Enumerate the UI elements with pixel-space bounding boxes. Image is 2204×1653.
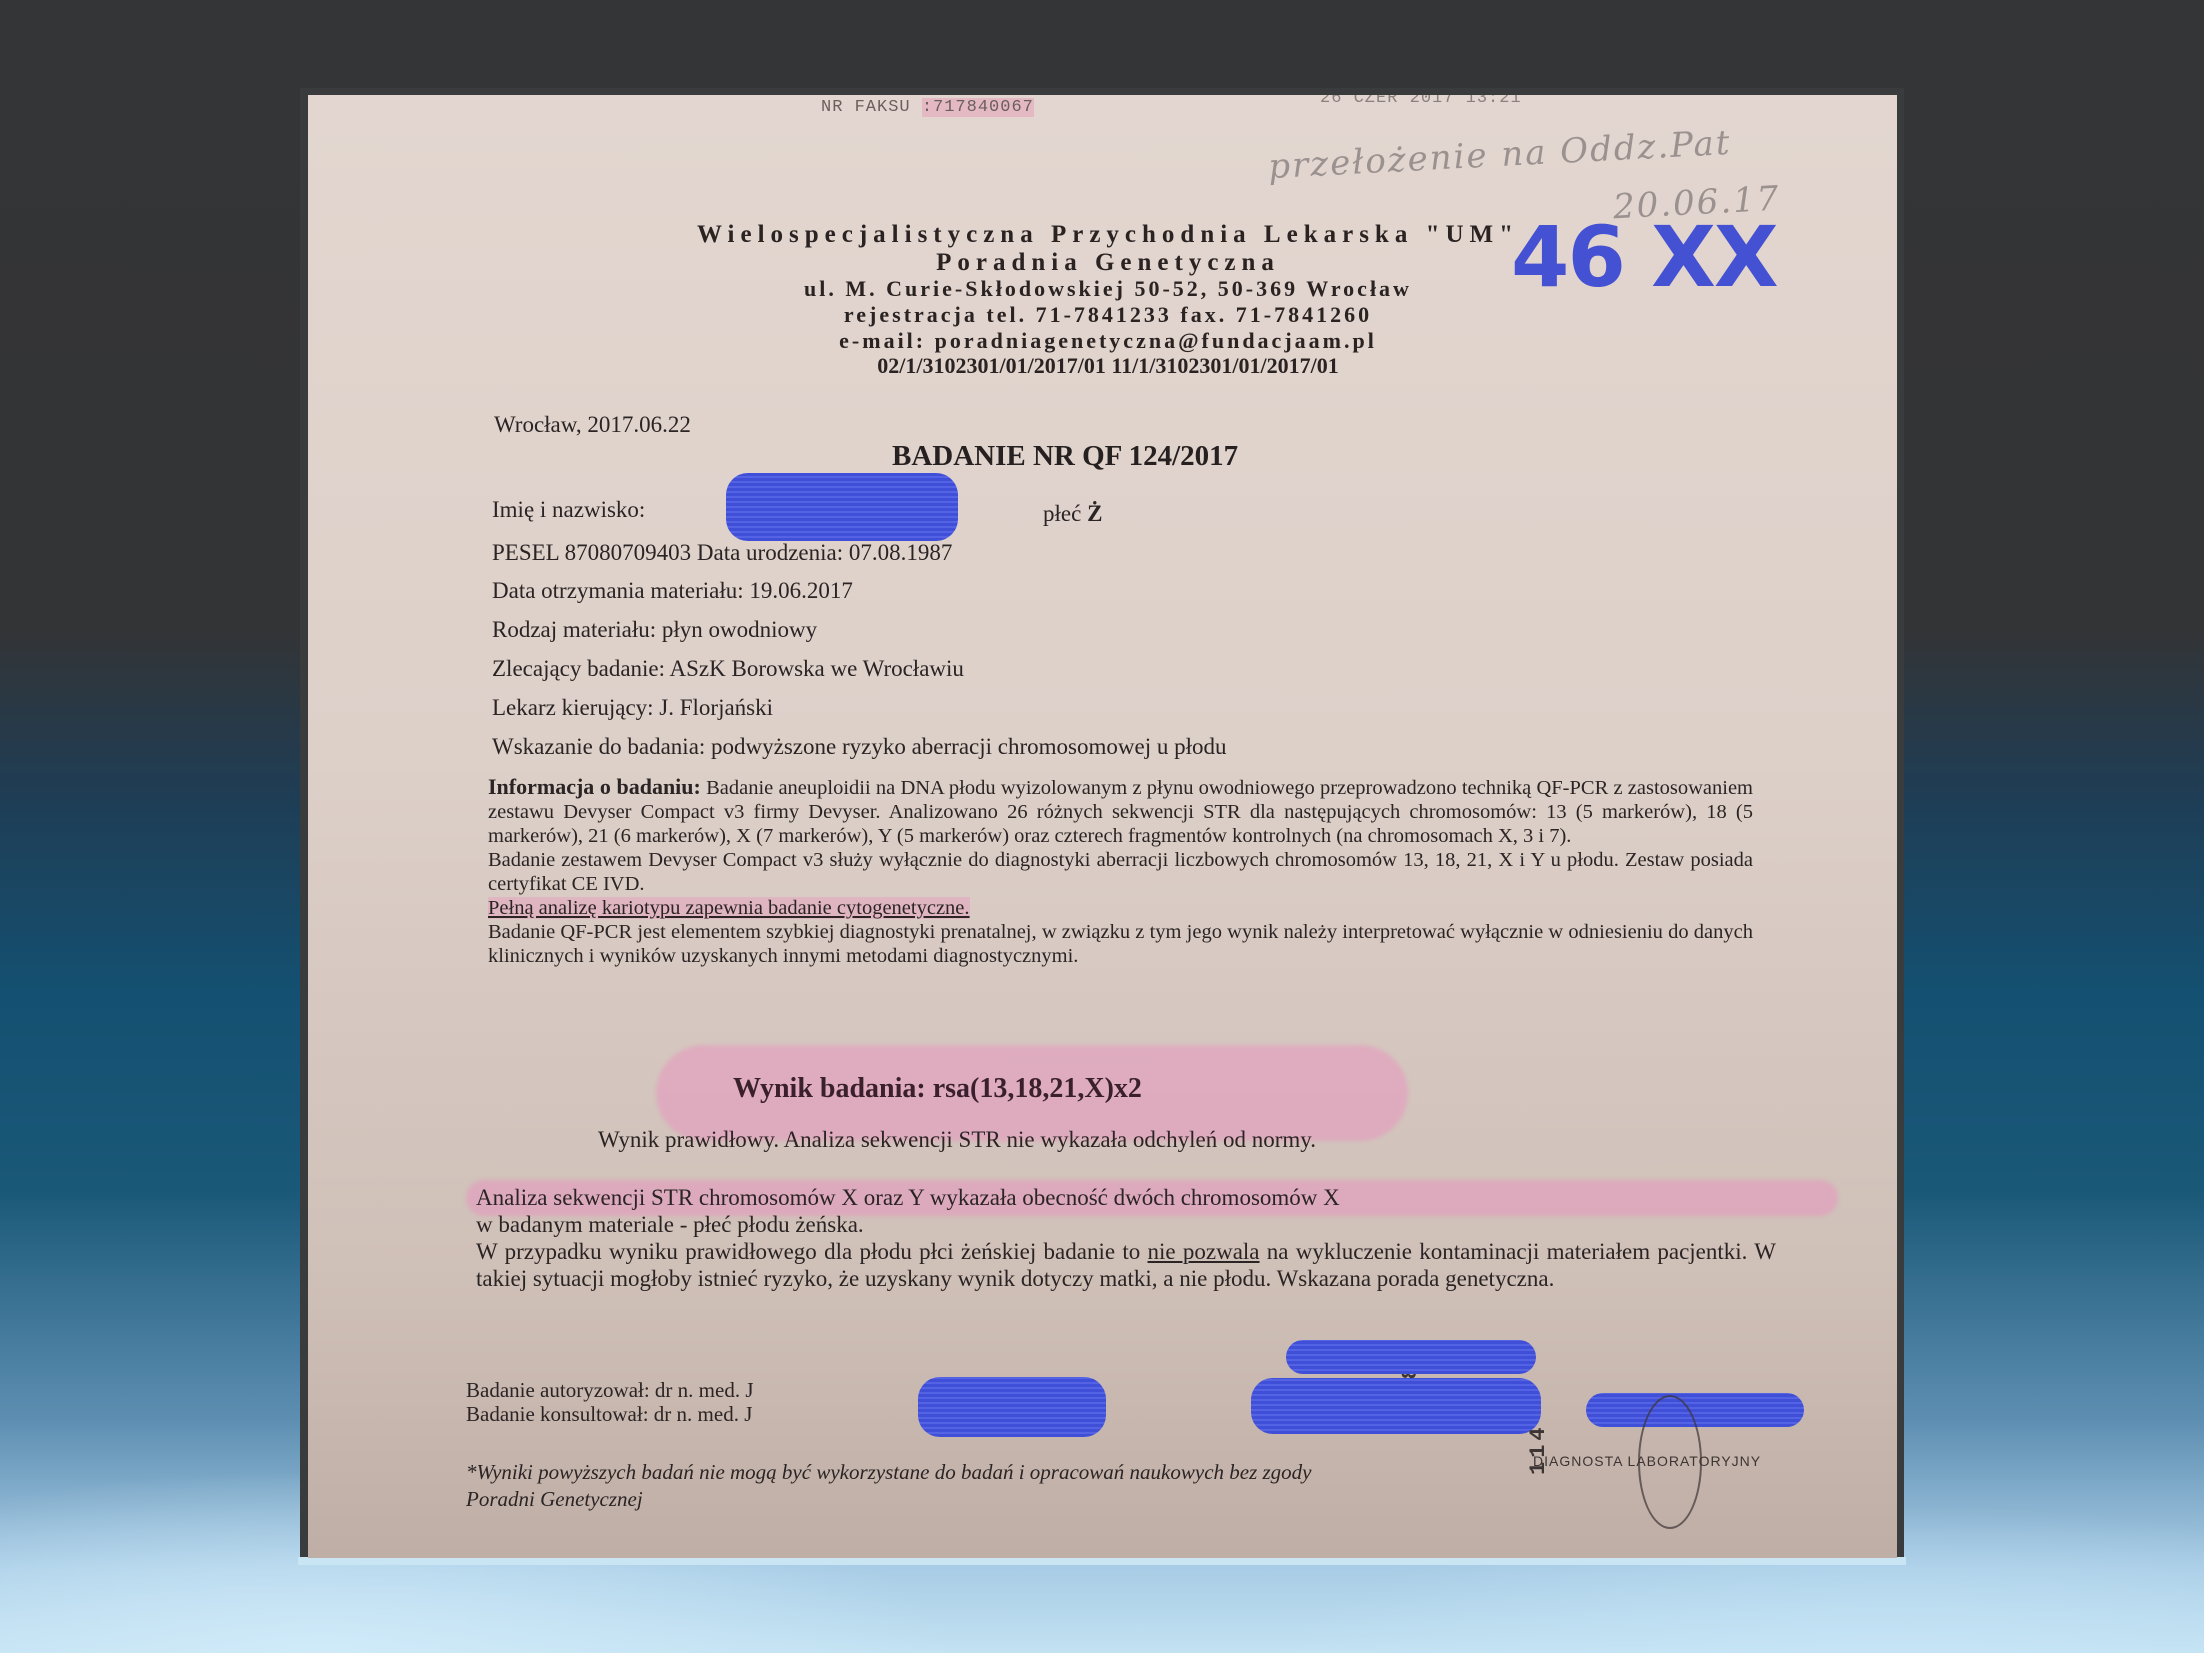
fax-number: :717840067 (922, 98, 1034, 117)
note-underlined: nie pozwala (1148, 1239, 1260, 1264)
clinic-email: e-mail: poradniagenetyczna@fundacjaam.pl (448, 328, 1768, 354)
sex-field: płeć Ż (1043, 501, 1102, 527)
name-label: Imię i nazwisko: (492, 497, 645, 523)
place-date: Wrocław, 2017.06.22 (494, 412, 691, 438)
disclaimer-line2: Poradni Genetycznej (466, 1487, 643, 1512)
scanned-document: NR FAKSU :717840067 26 CZER 2017 13:21 p… (308, 95, 1897, 1558)
consulted-by: Badanie konsultował: dr n. med. J (466, 1402, 752, 1427)
stamp-redaction-2 (1251, 1378, 1541, 1434)
doctor-line: Lekarz kierujący: J. Florjański (492, 695, 773, 721)
sex-finding-line2: w badanym materiale - płeć płodu żeńska. (476, 1212, 864, 1238)
authorized-by: Badanie autoryzował: dr n. med. J (466, 1378, 754, 1403)
stamp-role: DIAGNOSTA LABORATORYJNY (1533, 1453, 1761, 1469)
info-paragraph-2: Badanie zestawem Devyser Compact v3 służ… (488, 849, 1753, 895)
sex-finding-line1: Analiza sekwencji STR chromosomów X oraz… (476, 1185, 1340, 1211)
info-paragraph-4: Badanie QF-PCR jest elementem szybkiej d… (488, 921, 1753, 967)
sex-label: płeć (1043, 501, 1081, 526)
clinic-registry: 02/1/3102301/01/2017/01 11/1/3102301/01/… (448, 353, 1768, 379)
stamp-redaction-1 (1286, 1340, 1536, 1374)
disclaimer-line1: *Wyniki powyższych badań nie mogą być wy… (466, 1460, 1312, 1485)
note-text-1: W przypadku wyniku prawidłowego dla płod… (476, 1239, 1148, 1264)
fax-datetime: 26 CZER 2017 13:21 (1320, 95, 1522, 108)
ordering-line: Zlecający badanie: ASzK Borowska we Wroc… (492, 656, 964, 682)
contamination-note: W przypadku wyniku prawidłowego dla płod… (476, 1238, 1776, 1292)
signature-redaction-1 (918, 1377, 1106, 1437)
handwritten-note-line1: przełożenie na Oddz.Pat (1267, 123, 1732, 187)
fax-header: NR FAKSU :717840067 (821, 98, 1034, 117)
info-paragraph-3: Pełną analizę kariotypu zapewnia badanie… (488, 897, 970, 919)
frame-highlight (298, 1557, 1906, 1565)
material-line: Rodzaj materiału: płyn owodniowy (492, 617, 817, 643)
sex-value: Ż (1087, 501, 1102, 526)
document-title: BADANIE NR QF 124/2017 (892, 440, 1238, 473)
indication-line: Wskazanie do badania: podwyższone ryzyko… (492, 734, 1226, 760)
fax-number-label: NR FAKSU (821, 98, 911, 117)
received-date-line: Data otrzymania materiału: 19.06.2017 (492, 578, 853, 604)
result-label: Wynik badania: rsa(13,18,21,X)x2 (733, 1073, 1142, 1105)
test-information: Informacja o badaniu: Badanie aneuploidi… (488, 775, 1753, 968)
karyotype-annotation: 46 XX (1511, 208, 1777, 306)
result-summary: Wynik prawidłowy. Analiza sekwencji STR … (598, 1127, 1316, 1153)
name-redaction (726, 473, 958, 541)
pesel-line: PESEL 87080709403 Data urodzenia: 07.08.… (492, 540, 952, 566)
info-label: Informacja o badaniu: (488, 774, 701, 799)
